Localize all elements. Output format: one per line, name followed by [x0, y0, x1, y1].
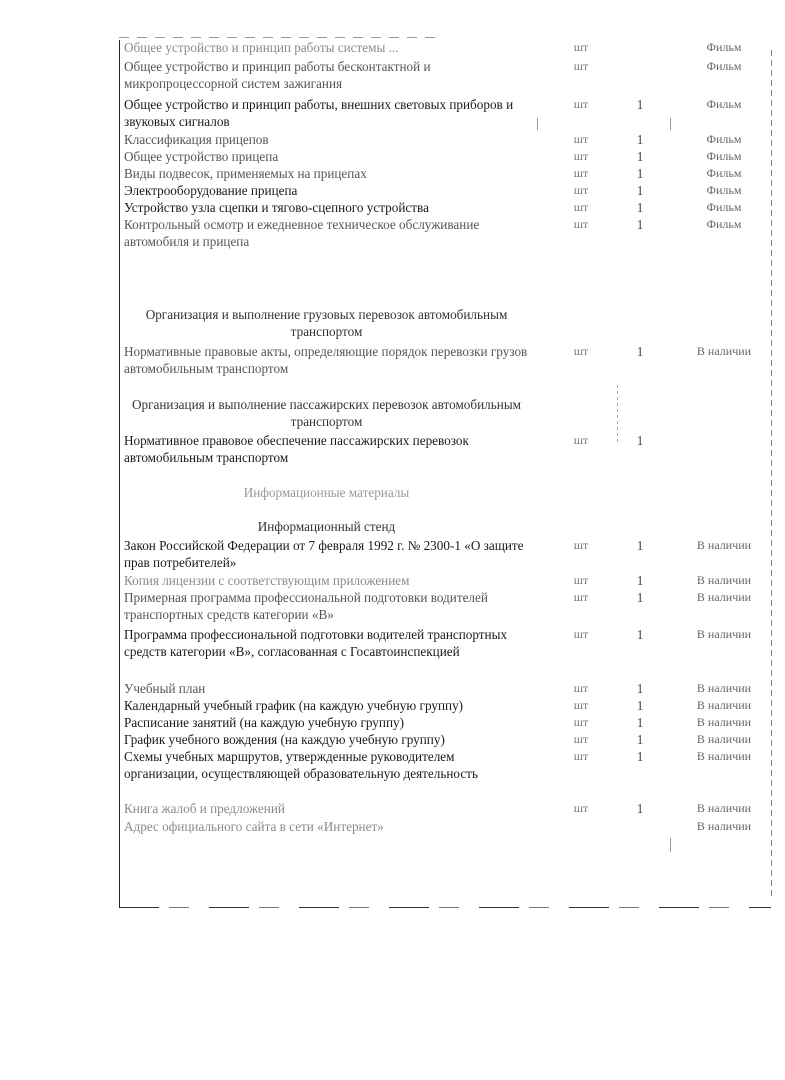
scan-artifact — [617, 385, 618, 445]
item-qty: 1 — [634, 714, 646, 731]
item-note: Фильм — [684, 131, 764, 148]
item-unit: шт — [561, 165, 601, 182]
item-unit: шт — [561, 148, 601, 165]
item-qty: 1 — [634, 199, 646, 216]
item-note: В наличии — [684, 572, 764, 589]
item-name: Электрооборудование прицепа — [124, 182, 529, 199]
item-unit: шт — [561, 432, 601, 449]
table-top-border — [119, 37, 439, 38]
item-unit: шт — [561, 39, 601, 56]
item-note: Фильм — [684, 58, 764, 75]
item-name: Календарный учебный график (на каждую уч… — [124, 697, 529, 714]
item-unit: шт — [561, 216, 601, 233]
item-unit: шт — [561, 131, 601, 148]
item-name: Копия лицензии с соответствующим приложе… — [124, 572, 529, 589]
table-right-border — [771, 50, 772, 900]
item-qty: 1 — [634, 572, 646, 589]
item-note: Фильм — [684, 165, 764, 182]
item-note: Фильм — [684, 216, 764, 233]
item-name: Программа профессиональной подготовки во… — [124, 626, 529, 660]
item-note: В наличии — [684, 680, 764, 697]
item-unit: шт — [561, 199, 601, 216]
item-qty: 1 — [634, 216, 646, 233]
item-name: Нормативные правовые акты, определяющие … — [124, 343, 529, 377]
item-qty: 1 — [634, 165, 646, 182]
item-qty: 1 — [634, 131, 646, 148]
item-unit: шт — [561, 343, 601, 360]
item-name: Примерная программа профессиональной под… — [124, 589, 529, 623]
item-name: Классификация прицепов — [124, 131, 529, 148]
item-note: Фильм — [684, 182, 764, 199]
item-qty: 1 — [634, 626, 646, 643]
item-unit: шт — [561, 680, 601, 697]
item-qty: 1 — [634, 680, 646, 697]
section-heading: Организация и выполнение пассажирских пе… — [124, 396, 529, 430]
item-name: Контрольный осмотр и ежедневное техничес… — [124, 216, 529, 250]
item-name: Закон Российской Федерации от 7 февраля … — [124, 537, 529, 571]
item-note: В наличии — [684, 748, 764, 765]
item-unit: шт — [561, 800, 601, 817]
item-note: Фильм — [684, 148, 764, 165]
item-name: Общее устройство и принцип работы бескон… — [124, 58, 529, 92]
item-unit: шт — [561, 572, 601, 589]
item-unit: шт — [561, 626, 601, 643]
section-heading: Организация и выполнение грузовых перево… — [124, 306, 529, 340]
item-unit: шт — [561, 182, 601, 199]
item-qty: 1 — [634, 96, 646, 113]
scanned-page: Общее устройство и принцип работы систем… — [0, 0, 785, 1080]
item-note: Фильм — [684, 39, 764, 56]
item-name: Схемы учебных маршрутов, утвержденные ру… — [124, 748, 529, 782]
section-heading: Информационные материалы — [124, 484, 529, 501]
item-note: В наличии — [684, 537, 764, 554]
item-name: Общее устройство и принцип работы, внешн… — [124, 96, 529, 130]
item-qty: 1 — [634, 148, 646, 165]
item-qty: 1 — [634, 697, 646, 714]
item-name: Общее устройство и принцип работы систем… — [124, 39, 529, 56]
item-unit: шт — [561, 731, 601, 748]
item-qty: 1 — [634, 432, 646, 449]
item-unit: шт — [561, 537, 601, 554]
item-note: В наличии — [684, 343, 764, 360]
item-unit: шт — [561, 96, 601, 113]
item-qty: 1 — [634, 182, 646, 199]
table-left-border — [119, 40, 120, 908]
item-name: Расписание занятий (на каждую учебную гр… — [124, 714, 529, 731]
scan-artifact — [670, 838, 671, 852]
item-note: Фильм — [684, 199, 764, 216]
scan-artifact — [537, 118, 538, 130]
item-note: В наличии — [684, 818, 764, 835]
item-note: В наличии — [684, 626, 764, 643]
item-note: В наличии — [684, 800, 764, 817]
item-note: Фильм — [684, 96, 764, 113]
item-qty: 1 — [634, 343, 646, 360]
section-subheading: Информационный стенд — [124, 518, 529, 535]
item-unit: шт — [561, 58, 601, 75]
item-name: Нормативное правовое обеспечение пассажи… — [124, 432, 529, 466]
item-name: График учебного вождения (на каждую учеб… — [124, 731, 529, 748]
item-unit: шт — [561, 748, 601, 765]
item-qty: 1 — [634, 800, 646, 817]
item-qty: 1 — [634, 537, 646, 554]
item-note: В наличии — [684, 697, 764, 714]
table-bottom-border — [119, 907, 771, 908]
item-unit: шт — [561, 714, 601, 731]
item-name: Общее устройство прицепа — [124, 148, 529, 165]
item-note: В наличии — [684, 714, 764, 731]
item-name: Адрес официального сайта в сети «Интерне… — [124, 818, 529, 835]
item-unit: шт — [561, 589, 601, 606]
item-qty: 1 — [634, 748, 646, 765]
item-name: Книга жалоб и предложений — [124, 800, 529, 817]
item-name: Устройство узла сцепки и тягово-сцепного… — [124, 199, 529, 216]
item-unit: шт — [561, 697, 601, 714]
item-note: В наличии — [684, 589, 764, 606]
item-name: Учебный план — [124, 680, 529, 697]
item-qty: 1 — [634, 731, 646, 748]
item-qty: 1 — [634, 589, 646, 606]
item-name: Виды подвесок, применяемых на прицепах — [124, 165, 529, 182]
scan-artifact — [670, 118, 671, 130]
item-note: В наличии — [684, 731, 764, 748]
